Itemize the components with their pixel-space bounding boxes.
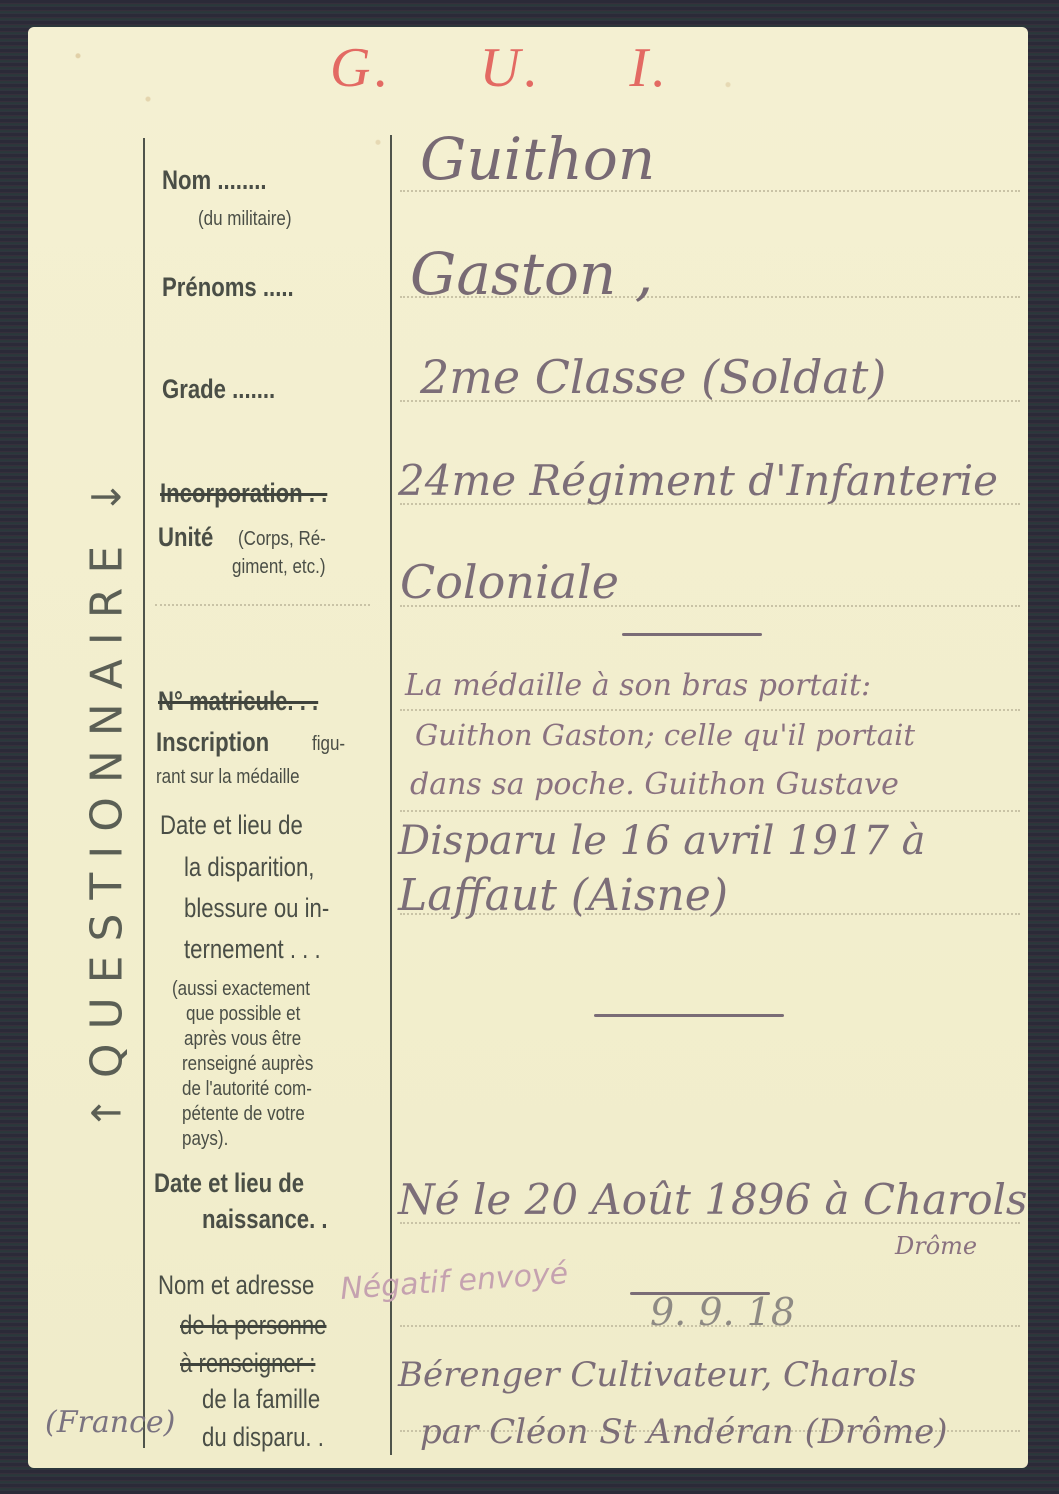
side-title: ↑ QUESTIONNAIRE ↓ bbox=[82, 480, 133, 1129]
value-inscription-3: dans sa poche. Guithon Gustave bbox=[410, 767, 899, 802]
stamp-letter-g: G. bbox=[330, 36, 392, 100]
label-disparition-1: Date et lieu de bbox=[160, 810, 303, 841]
label-adresse-struck-2: à renseigner : bbox=[180, 1348, 315, 1379]
label-naissance-2: naissance. . bbox=[202, 1204, 328, 1235]
separator-dash bbox=[594, 1014, 784, 1017]
value-prenoms: Gaston , bbox=[410, 240, 653, 308]
label-naissance-1: Date et lieu de bbox=[154, 1168, 304, 1199]
value-disparition-2: Laffaut (Aisne) bbox=[398, 870, 728, 921]
label-adresse-struck-1: de la personne bbox=[180, 1310, 326, 1341]
value-stamp-date: 9. 9. 18 bbox=[650, 1290, 795, 1334]
value-inscription-2: Guithon Gaston; celle qu'il portait bbox=[415, 718, 915, 752]
value-naissance-2: Drôme bbox=[895, 1232, 977, 1260]
value-unite-2: Coloniale bbox=[400, 555, 619, 609]
dotted-line-label bbox=[155, 604, 370, 606]
value-naissance-1: Né le 20 Août 1896 à Charols bbox=[398, 1175, 1028, 1224]
label-adresse-3: du disparu. . bbox=[202, 1422, 324, 1453]
value-adresse-1: Bérenger Cultivateur, Charols bbox=[398, 1355, 916, 1395]
label-inscription-sub2: rant sur la médaille bbox=[156, 766, 300, 789]
label-grade: Grade ....... bbox=[162, 374, 275, 405]
label-note-1: (aussi exactement bbox=[172, 978, 310, 1001]
arrow-up-icon: ↑ bbox=[84, 1096, 130, 1130]
side-title-column: ↑ QUESTIONNAIRE ↓ bbox=[62, 285, 152, 1325]
value-inscription-1: La médaille à son bras portait: bbox=[405, 668, 871, 703]
separator-dash bbox=[622, 633, 762, 636]
label-unite-sub1: (Corps, Ré- bbox=[238, 528, 326, 551]
label-incorporation-struck: Incorporation . . bbox=[160, 478, 327, 509]
label-disparition-4: ternement . . . bbox=[184, 934, 321, 965]
label-prenoms: Prénoms ..... bbox=[162, 272, 294, 303]
left-brace-rule bbox=[143, 138, 149, 1448]
label-adresse-1: Nom et adresse bbox=[158, 1270, 314, 1301]
value-nom: Guithon bbox=[420, 125, 655, 193]
label-unite-sub2: giment, etc.) bbox=[232, 556, 326, 579]
dotted-line bbox=[400, 709, 1020, 711]
label-nom-sub: (du militaire) bbox=[198, 208, 292, 231]
gui-stamp: G. U. I. bbox=[330, 36, 670, 100]
label-inscription: Inscription bbox=[156, 727, 269, 758]
label-matricule-struck: N° matricule. . . bbox=[158, 686, 318, 717]
middle-brace-rule bbox=[390, 135, 396, 1455]
stamp-letter-u: U. bbox=[480, 36, 542, 100]
dotted-line bbox=[400, 810, 1020, 812]
value-grade: 2me Classe (Soldat) bbox=[420, 350, 886, 404]
label-note-2: que possible et bbox=[186, 1003, 300, 1026]
label-inscription-sub1: figu- bbox=[312, 733, 345, 756]
label-note-6: pétente de votre bbox=[182, 1103, 305, 1126]
arrow-down-icon: ↓ bbox=[84, 480, 130, 514]
label-unite: Unité bbox=[158, 522, 213, 553]
side-title-text: QUESTIONNAIRE bbox=[82, 532, 133, 1078]
value-margin-note: (France) bbox=[45, 1405, 175, 1440]
label-adresse-2: de la famille bbox=[202, 1384, 320, 1415]
label-disparition-2: la disparition, bbox=[184, 852, 314, 883]
label-disparition-3: blessure ou in- bbox=[184, 893, 329, 924]
value-adresse-2: par Cléon St Andéran (Drôme) bbox=[420, 1412, 947, 1452]
stamp-letter-i: I. bbox=[629, 36, 670, 100]
label-nom: Nom ........ bbox=[162, 165, 267, 196]
value-unite-1: 24me Régiment d'Infanterie bbox=[398, 456, 998, 505]
label-note-7: pays). bbox=[182, 1128, 228, 1151]
label-note-4: renseigné auprès bbox=[182, 1053, 313, 1076]
label-note-5: de l'autorité com- bbox=[182, 1078, 312, 1101]
value-disparition-1: Disparu le 16 avril 1917 à bbox=[398, 818, 925, 864]
label-note-3: après vous être bbox=[184, 1028, 301, 1051]
